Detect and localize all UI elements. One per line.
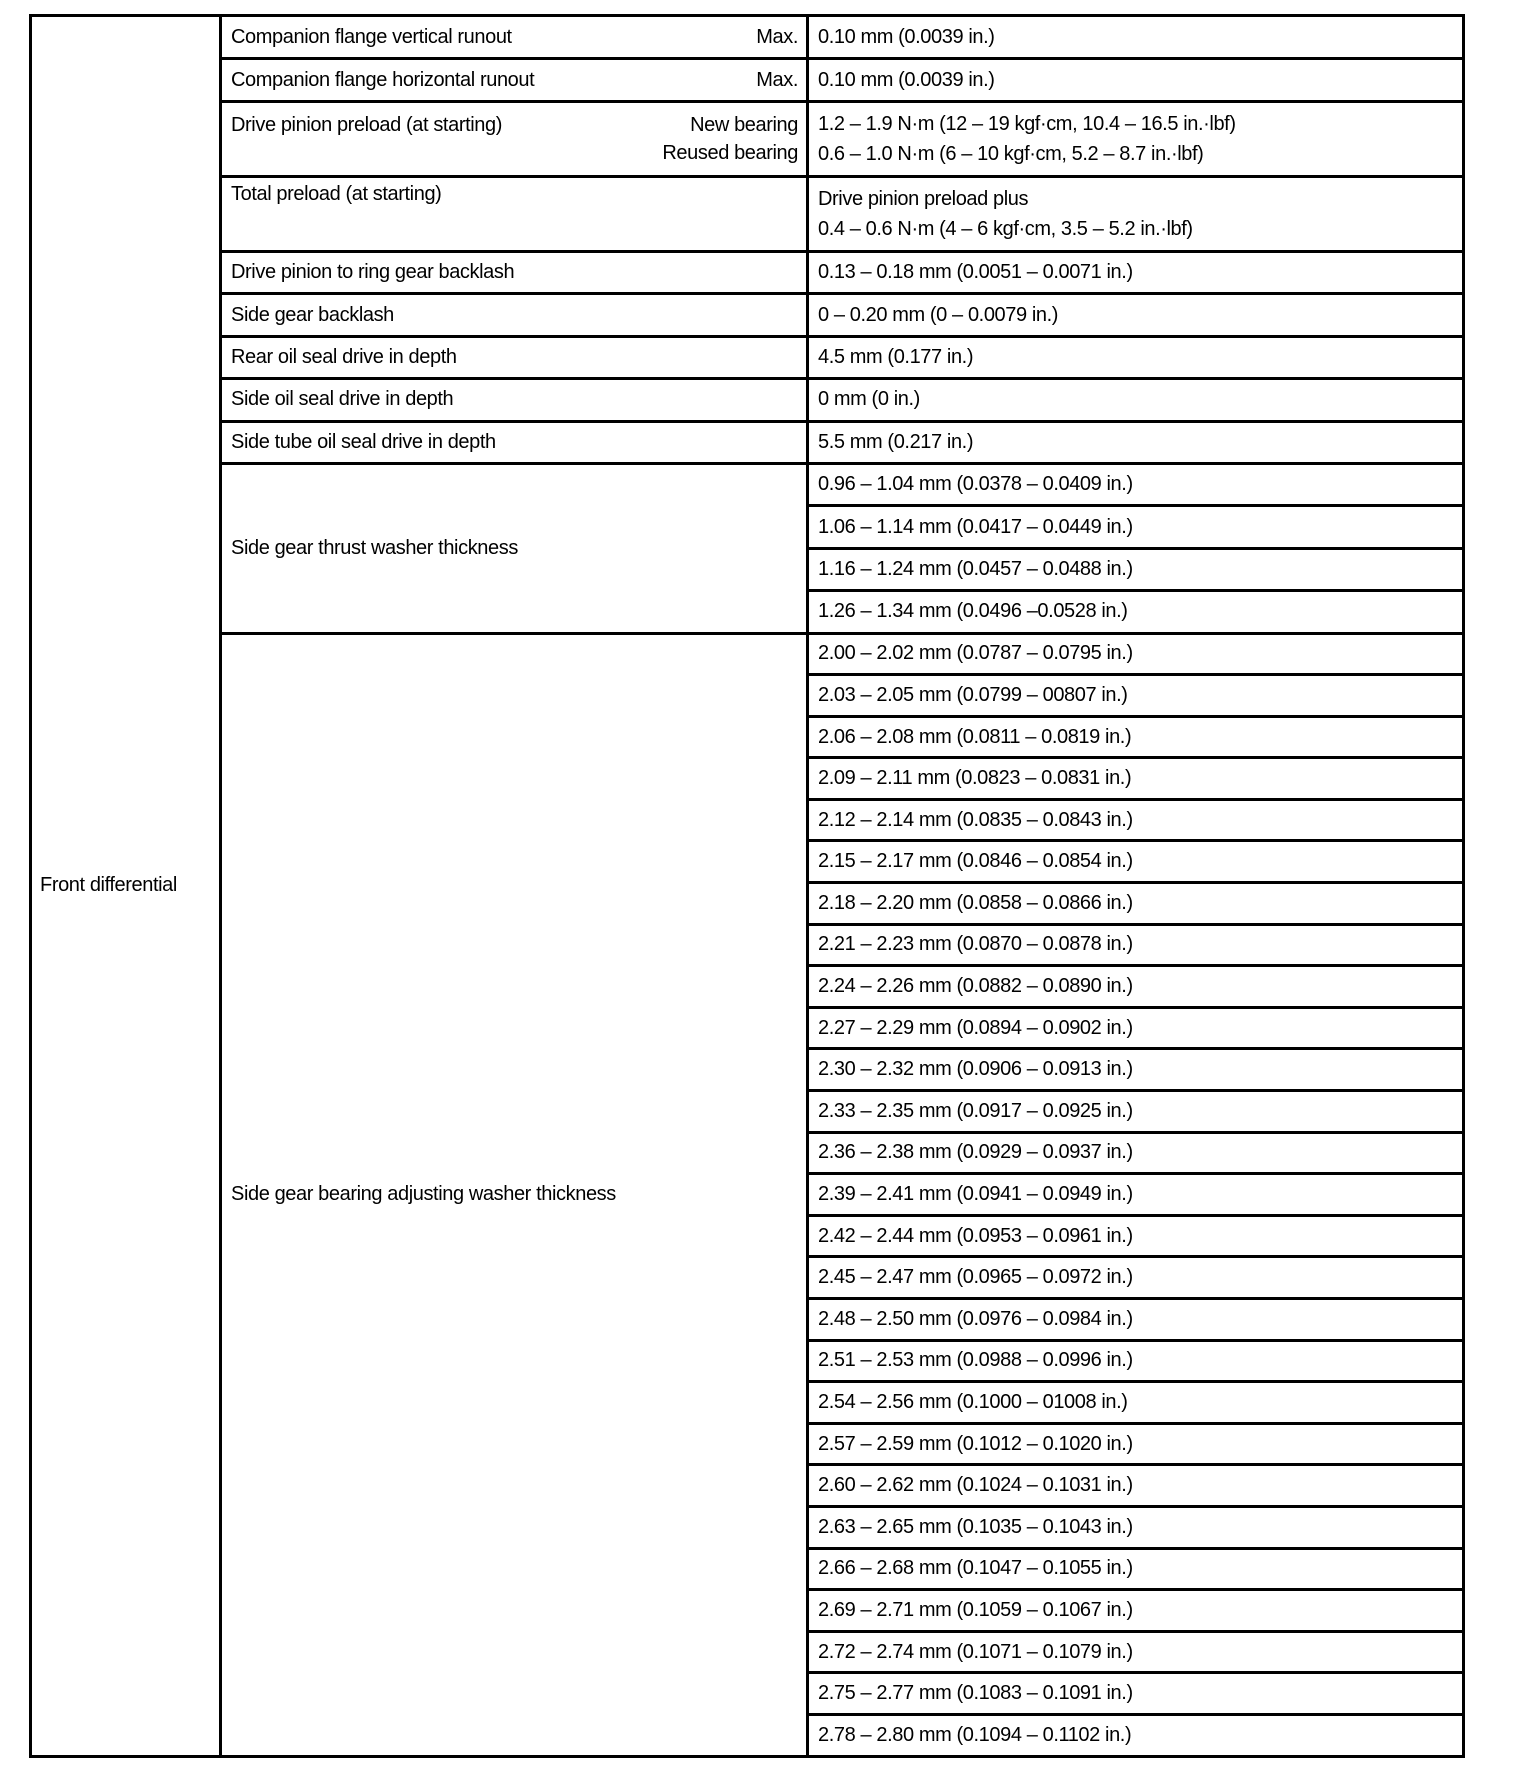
condition-label: Reused bearing — [662, 139, 798, 167]
value-cell: 2.00 – 2.02 mm (0.0787 – 0.0795 in.) — [808, 633, 1464, 675]
item-cell: Companion flange horizontal runout Max. — [221, 59, 808, 102]
value-cell: 2.18 – 2.20 mm (0.0858 – 0.0866 in.) — [808, 883, 1464, 925]
item-label: Side gear bearing adjusting washer thick… — [221, 633, 808, 1756]
item-cell: Drive pinion preload (at starting) New b… — [221, 102, 808, 177]
value-cell: 2.06 – 2.08 mm (0.0811 – 0.0819 in.) — [808, 716, 1464, 758]
table-row: Drive pinion preload (at starting) New b… — [31, 102, 1464, 177]
table-row: Drive pinion to ring gear backlash 0.13 … — [31, 252, 1464, 294]
value-cell: 2.24 – 2.26 mm (0.0882 – 0.0890 in.) — [808, 966, 1464, 1008]
item-label: Total preload (at starting) — [231, 178, 798, 206]
value-cell: 1.26 – 1.34 mm (0.0496 –0.0528 in.) — [808, 591, 1464, 633]
value-cell: 1.2 – 1.9 N·m (12 – 19 kgf·cm, 10.4 – 16… — [808, 102, 1464, 177]
value-cell: 0.13 – 0.18 mm (0.0051 – 0.0071 in.) — [808, 252, 1464, 294]
value-cell: 0.10 mm (0.0039 in.) — [808, 16, 1464, 59]
value-line: 0.4 – 0.6 N·m (4 – 6 kgf·cm, 3.5 – 5.2 i… — [818, 214, 1454, 244]
condition-label: Max. — [756, 64, 798, 96]
value-cell: 1.06 – 1.14 mm (0.0417 – 0.0449 in.) — [808, 506, 1464, 548]
table-row: Total preload (at starting) Drive pinion… — [31, 177, 1464, 252]
value-cell: 1.16 – 1.24 mm (0.0457 – 0.0488 in.) — [808, 548, 1464, 590]
table-row: Side gear bearing adjusting washer thick… — [31, 633, 1464, 675]
value-cell: 2.36 – 2.38 mm (0.0929 – 0.0937 in.) — [808, 1132, 1464, 1174]
value-cell: 2.63 – 2.65 mm (0.1035 – 0.1043 in.) — [808, 1506, 1464, 1548]
value-cell: 2.54 – 2.56 mm (0.1000 – 01008 in.) — [808, 1382, 1464, 1424]
value-cell: 2.75 – 2.77 mm (0.1083 – 0.1091 in.) — [808, 1673, 1464, 1715]
value-line: 0.6 – 1.0 N·m (6 – 10 kgf·cm, 5.2 – 8.7 … — [818, 139, 1454, 169]
value-cell: 0.96 – 1.04 mm (0.0378 – 0.0409 in.) — [808, 463, 1464, 505]
item-label: Companion flange vertical runout — [231, 21, 512, 53]
item-label: Side tube oil seal drive in depth — [221, 421, 808, 463]
value-cell: 2.42 – 2.44 mm (0.0953 – 0.0961 in.) — [808, 1215, 1464, 1257]
value-cell: 2.33 – 2.35 mm (0.0917 – 0.0925 in.) — [808, 1091, 1464, 1133]
item-label: Companion flange horizontal runout — [231, 64, 534, 96]
value-cell: 5.5 mm (0.217 in.) — [808, 421, 1464, 463]
item-label: Drive pinion to ring gear backlash — [221, 252, 808, 294]
value-cell: 2.69 – 2.71 mm (0.1059 – 0.1067 in.) — [808, 1590, 1464, 1632]
table-row: Rear oil seal drive in depth 4.5 mm (0.1… — [31, 336, 1464, 378]
value-cell: 2.12 – 2.14 mm (0.0835 – 0.0843 in.) — [808, 799, 1464, 841]
item-cell: Total preload (at starting) — [221, 177, 808, 252]
item-cell: Companion flange vertical runout Max. — [221, 16, 808, 59]
group-label: Front differential — [31, 16, 221, 1757]
value-line: Drive pinion preload plus — [818, 184, 1454, 214]
value-cell: 2.30 – 2.32 mm (0.0906 – 0.0913 in.) — [808, 1049, 1464, 1091]
value-cell: 0 – 0.20 mm (0 – 0.0079 in.) — [808, 294, 1464, 336]
value-cell: 2.21 – 2.23 mm (0.0870 – 0.0878 in.) — [808, 924, 1464, 966]
value-cell: Drive pinion preload plus 0.4 – 0.6 N·m … — [808, 177, 1464, 252]
item-label: Side oil seal drive in depth — [221, 379, 808, 421]
table-row: Side gear backlash 0 – 0.20 mm (0 – 0.00… — [31, 294, 1464, 336]
table-row: Side oil seal drive in depth 0 mm (0 in.… — [31, 379, 1464, 421]
value-cell: 2.72 – 2.74 mm (0.1071 – 0.1079 in.) — [808, 1631, 1464, 1673]
table-row: Front differential Companion flange vert… — [31, 16, 1464, 59]
value-cell: 2.27 – 2.29 mm (0.0894 – 0.0902 in.) — [808, 1007, 1464, 1049]
value-cell: 2.78 – 2.80 mm (0.1094 – 0.1102 in.) — [808, 1714, 1464, 1756]
item-label: Side gear backlash — [221, 294, 808, 336]
value-cell: 4.5 mm (0.177 in.) — [808, 336, 1464, 378]
value-cell: 2.39 – 2.41 mm (0.0941 – 0.0949 in.) — [808, 1174, 1464, 1216]
condition-label: Max. — [756, 21, 798, 53]
value-line: 1.2 – 1.9 N·m (12 – 19 kgf·cm, 10.4 – 16… — [818, 109, 1454, 139]
value-cell: 2.48 – 2.50 mm (0.0976 – 0.0984 in.) — [808, 1299, 1464, 1341]
item-label: Side gear thrust washer thickness — [221, 463, 808, 633]
value-cell: 2.15 – 2.17 mm (0.0846 – 0.0854 in.) — [808, 841, 1464, 883]
item-label: Drive pinion preload (at starting) — [231, 111, 502, 139]
value-cell: 2.45 – 2.47 mm (0.0965 – 0.0972 in.) — [808, 1257, 1464, 1299]
value-cell: 2.57 – 2.59 mm (0.1012 – 0.1020 in.) — [808, 1423, 1464, 1465]
value-cell: 0 mm (0 in.) — [808, 379, 1464, 421]
table-row: Side tube oil seal drive in depth 5.5 mm… — [31, 421, 1464, 463]
value-cell: 2.66 – 2.68 mm (0.1047 – 0.1055 in.) — [808, 1548, 1464, 1590]
condition-label: New bearing — [690, 111, 798, 139]
table-row: Side gear thrust washer thickness0.96 – … — [31, 463, 1464, 505]
value-cell: 2.03 – 2.05 mm (0.0799 – 00807 in.) — [808, 675, 1464, 717]
value-cell: 2.60 – 2.62 mm (0.1024 – 0.1031 in.) — [808, 1465, 1464, 1507]
value-cell: 0.10 mm (0.0039 in.) — [808, 59, 1464, 102]
value-cell: 2.51 – 2.53 mm (0.0988 – 0.0996 in.) — [808, 1340, 1464, 1382]
front-differential-spec-table: Front differential Companion flange vert… — [29, 14, 1465, 1758]
table-row: Companion flange horizontal runout Max. … — [31, 59, 1464, 102]
value-cell: 2.09 – 2.11 mm (0.0823 – 0.0831 in.) — [808, 758, 1464, 800]
item-label: Rear oil seal drive in depth — [221, 336, 808, 378]
